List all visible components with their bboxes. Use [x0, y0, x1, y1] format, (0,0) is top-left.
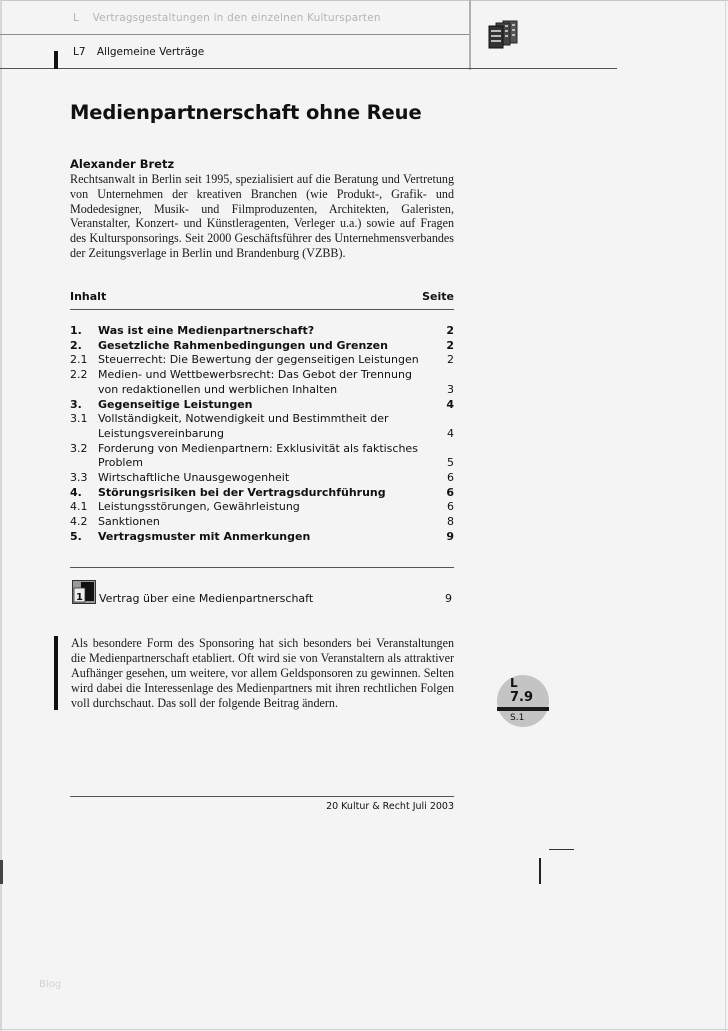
toc-entry[interactable]: 3.Gegenseitige Leistungen4 [70, 398, 454, 413]
toc-entry-number: 2. [70, 339, 98, 354]
toc-entry-title: Forderung von Medienpartnern: Exklusivit… [98, 442, 434, 471]
toc-entry-title: Was ist eine Medienpartnerschaft? [98, 324, 434, 339]
article-title: Medienpartnerschaft ohne Reue [70, 101, 422, 124]
toc-entry-page: 8 [434, 515, 454, 530]
toc-entry[interactable]: 1.Was ist eine Medienpartnerschaft?2 [70, 324, 454, 339]
toc-entry-page: 6 [434, 471, 454, 486]
toc-divider [70, 567, 454, 568]
chapter-code: L7 [73, 46, 86, 58]
annex-title: Vertrag über eine Medienpartnerschaft [99, 592, 313, 605]
documents-icon [487, 19, 521, 49]
toc-entry-page: 6 [434, 486, 454, 501]
svg-text:1: 1 [76, 592, 83, 603]
toc-entry-page: 4 [434, 427, 454, 442]
toc-entry-title: Gesetzliche Rahmenbedingungen und Grenze… [98, 339, 434, 354]
toc-entry-number: 1. [70, 324, 98, 339]
toc-heading: Inhalt [70, 290, 106, 303]
section-header: L Vertragsgestaltungen in den einzelnen … [73, 12, 381, 24]
contract-sample-icon: 1 [72, 580, 96, 604]
toc-entry-title: Vollständigkeit, Notwendigkeit und Besti… [98, 412, 434, 441]
toc-entry-number: 3. [70, 398, 98, 413]
toc-entry-number: 5. [70, 530, 98, 545]
toc-entry-page: 2 [434, 353, 454, 368]
badge-number: 7.9 [510, 690, 533, 705]
toc-entry-number: 3.2 [70, 442, 98, 471]
page-frame-right [725, 0, 726, 1031]
toc-entry-number: 3.1 [70, 412, 98, 441]
crop-mark-vertical [539, 858, 541, 884]
toc-entry-page: 5 [434, 456, 454, 471]
header-divider [0, 34, 470, 35]
toc-entry-page: 9 [434, 530, 454, 545]
toc-entry[interactable]: 2.Gesetzliche Rahmenbedingungen und Gren… [70, 339, 454, 354]
section-title: Vertragsgestaltungen in den einzelnen Ku… [93, 12, 381, 24]
page-frame-top [0, 0, 728, 1]
badge-divider [497, 707, 549, 711]
toc-entry[interactable]: 2.2Medien- und Wettbewerbsrecht: Das Geb… [70, 368, 454, 397]
header-vertical-divider [469, 0, 471, 70]
toc-entry-title: Steuerrecht: Die Bewertung der gegenseit… [98, 353, 434, 368]
chapter-header: L7 Allgemeine Verträge [73, 46, 204, 58]
section-code: L [73, 12, 79, 24]
toc-entry[interactable]: 3.2Forderung von Medienpartnern: Exklusi… [70, 442, 454, 471]
toc-entry[interactable]: 4.2Sanktionen8 [70, 515, 454, 530]
toc-entry[interactable]: 5.Vertragsmuster mit Anmerkungen9 [70, 530, 454, 545]
toc-entry-number: 3.3 [70, 471, 98, 486]
page-frame-bottom [0, 1029, 728, 1030]
toc-entry-page: 2 [434, 324, 454, 339]
toc-entry-page: 3 [434, 383, 454, 398]
header-divider-bottom [0, 68, 617, 69]
toc-entry-number: 2.2 [70, 368, 98, 397]
toc-entry[interactable]: 4.Störungsrisiken bei der Vertragsdurchf… [70, 486, 454, 501]
crop-mark-left [0, 860, 3, 884]
watermark: Blog [39, 979, 61, 990]
footer-publication: 20 Kultur & Recht Juli 2003 [70, 801, 454, 812]
chapter-badge: L 7.9 S.1 [497, 675, 549, 727]
toc-entry[interactable]: 2.1Steuerrecht: Die Bewertung der gegens… [70, 353, 454, 368]
toc-entry-page: 6 [434, 500, 454, 515]
toc-entry-title: Störungsrisiken bei der Vertragsdurchfüh… [98, 486, 434, 501]
annex-page: 9 [445, 592, 452, 605]
chapter-title: Allgemeine Verträge [97, 46, 204, 58]
badge-letter: L [510, 676, 518, 690]
crop-mark-horizontal [549, 849, 574, 850]
badge-page: S.1 [510, 713, 524, 723]
footer-divider [70, 796, 454, 797]
toc-entry-title: Gegenseitige Leistungen [98, 398, 434, 413]
table-of-contents: 1.Was ist eine Medienpartnerschaft?22.Ge… [70, 324, 454, 545]
toc-entry-number: 4.2 [70, 515, 98, 530]
toc-entry-number: 4.1 [70, 500, 98, 515]
toc-entry-title: Vertragsmuster mit Anmerkungen [98, 530, 434, 545]
toc-entry-page: 2 [434, 339, 454, 354]
toc-entry[interactable]: 3.3Wirtschaftliche Unausgewogenheit6 [70, 471, 454, 486]
author-name: Alexander Bretz [70, 157, 174, 171]
toc-entry[interactable]: 3.1Vollständigkeit, Notwendigkeit und Be… [70, 412, 454, 441]
toc-entry-number: 2.1 [70, 353, 98, 368]
toc-entry-title: Leistungsstörungen, Gewährleistung [98, 500, 434, 515]
annex-entry[interactable]: 1 Vertrag über eine Medienpartnerschaft … [70, 580, 454, 606]
toc-header: Inhalt Seite [70, 290, 454, 303]
toc-entry[interactable]: 4.1Leistungsstörungen, Gewährleistung6 [70, 500, 454, 515]
abstract-marker [54, 636, 58, 710]
toc-entry-page: 4 [434, 398, 454, 413]
abstract-text: Als besondere Form des Sponsoring hat si… [71, 636, 454, 711]
toc-entry-number: 4. [70, 486, 98, 501]
toc-entry-title: Sanktionen [98, 515, 434, 530]
author-bio: Rechtsanwalt in Berlin seit 1995, spezia… [70, 172, 454, 261]
toc-entry-title: Medien- und Wettbewerbsrecht: Das Gebot … [98, 368, 434, 397]
toc-entry-title: Wirtschaftliche Unausgewogenheit [98, 471, 434, 486]
chapter-marker [54, 51, 58, 69]
toc-header-divider [70, 309, 454, 310]
toc-page-heading: Seite [422, 290, 454, 303]
